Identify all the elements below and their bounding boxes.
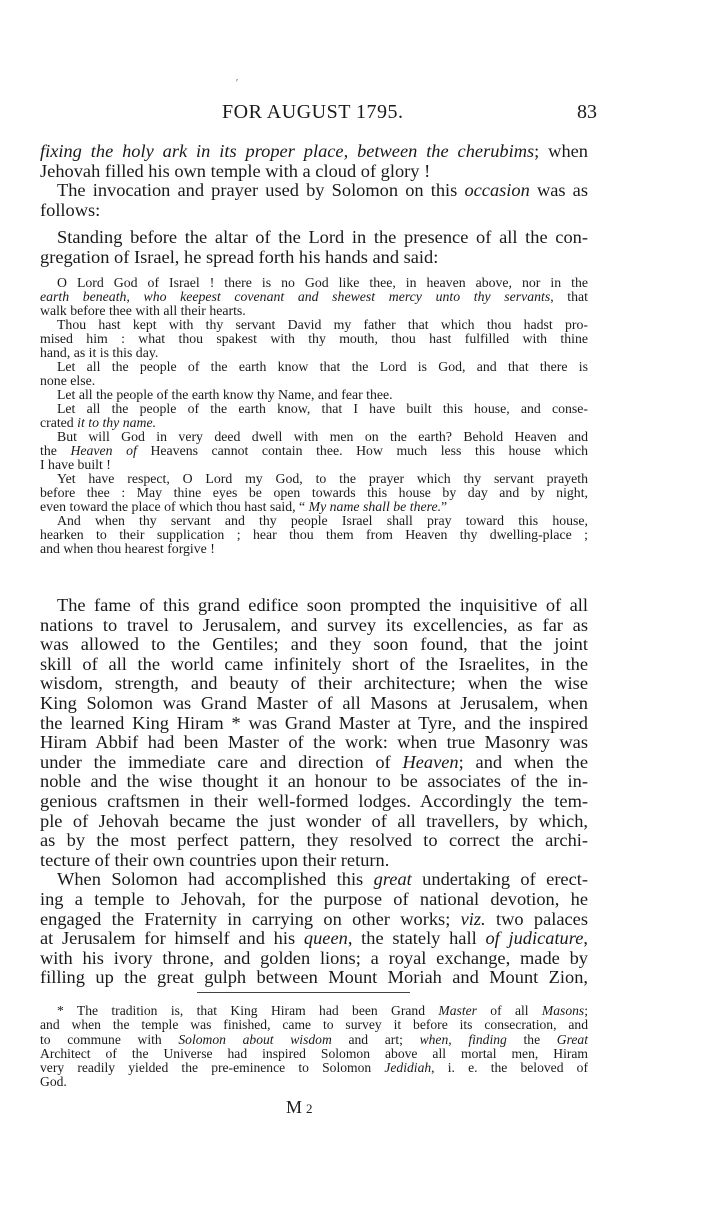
body-line: Standing before the altar of the Lord in… — [40, 228, 588, 248]
prayer-line: crated it to thy name. — [40, 416, 588, 430]
body-line: fixing the holy ark in its proper place,… — [40, 142, 588, 162]
signature-mark: M2 — [286, 1097, 313, 1118]
body-line: nations to travel to Jerusalem, and surv… — [40, 616, 588, 636]
prayer-block: O Lord God of Israel ! there is no God l… — [40, 276, 588, 556]
footnote: * The tradition is, that King Hiram had … — [40, 1004, 588, 1090]
prayer-line: none else. — [40, 374, 588, 388]
body-line: at Jerusalem for himself and his queen, … — [40, 929, 588, 949]
opening-paragraph: fixing the holy ark in its proper place,… — [40, 142, 588, 220]
prayer-line: and when thou hearest forgive ! — [40, 542, 588, 556]
body-line: The fame of this grand edifice soon prom… — [40, 596, 588, 616]
signature-number: 2 — [306, 1101, 313, 1116]
print-speck: ′ — [236, 78, 238, 89]
prayer-line: Let all the people of the earth know, th… — [40, 402, 588, 416]
prayer-line: Thou hast kept with thy servant David my… — [40, 318, 588, 332]
body-line: skill of all the world came infinitely s… — [40, 655, 588, 675]
standing-paragraph: Standing before the altar of the Lord in… — [40, 228, 588, 267]
footnote-line: and when the temple was finished, came t… — [40, 1018, 588, 1032]
prayer-line: hearken to their supplication ; hear tho… — [40, 528, 588, 542]
prayer-line: Let all the people of the earth know tha… — [40, 360, 588, 374]
body-line: gregation of Israel, he spread forth his… — [40, 248, 588, 268]
body-line: follows: — [40, 201, 588, 221]
footnote-line: very readily yielded the pre-eminence to… — [40, 1061, 588, 1075]
body-line: as by the most perfect pattern, they res… — [40, 831, 588, 851]
footnote-line: * The tradition is, that King Hiram had … — [40, 1004, 588, 1018]
prayer-line: O Lord God of Israel ! there is no God l… — [40, 276, 588, 290]
body-line: ple of Jehovah became the just wonder of… — [40, 812, 588, 832]
body-line: engaged the Fraternity in carrying on ot… — [40, 910, 588, 930]
prayer-line: the Heaven of Heavens cannot contain the… — [40, 444, 588, 458]
body-line: filling up the great gulph between Mount… — [40, 968, 588, 988]
body-line: King Solomon was Grand Master of all Mas… — [40, 694, 588, 714]
body-line: Jehovah filled his own temple with a clo… — [40, 162, 588, 182]
footnote-line: Architect of the Universe had inspired S… — [40, 1047, 588, 1061]
page-number: 83 — [577, 101, 597, 124]
book-page: ′ FOR AUGUST 1795. 83 fixing the holy ar… — [0, 0, 701, 1210]
continuation-paragraphs: The fame of this grand edifice soon prom… — [40, 596, 588, 988]
prayer-line: even toward the place of which thou hast… — [40, 500, 588, 514]
body-line: with his ivory throne, and golden lions;… — [40, 949, 588, 969]
body-line: under the immediate care and direction o… — [40, 753, 588, 773]
body-line: genious craftsmen in their well-formed l… — [40, 792, 588, 812]
body-line: When Solomon had accomplished this great… — [40, 870, 588, 890]
prayer-line: mised him : what thou spakest with thy m… — [40, 332, 588, 346]
body-line: was allowed to the Gentiles; and they so… — [40, 635, 588, 655]
prayer-line: earth beneath, who keepest covenant and … — [40, 290, 588, 304]
body-line: the learned King Hiram * was Grand Maste… — [40, 714, 588, 734]
prayer-line: And when thy servant and thy people Isra… — [40, 514, 588, 528]
footnote-line: God. — [40, 1075, 588, 1089]
prayer-line: walk before thee with all their hearts. — [40, 304, 588, 318]
running-title: FOR AUGUST 1795. — [222, 101, 404, 124]
body-line: tecture of their own countries upon thei… — [40, 851, 588, 871]
body-line: The invocation and prayer used by Solomo… — [40, 181, 588, 201]
body-line: noble and the wise thought it an honour … — [40, 772, 588, 792]
body-line: wisdom, strength, and beauty of their ar… — [40, 674, 588, 694]
prayer-line: before thee : May thine eyes be open tow… — [40, 486, 588, 500]
footnote-line: to commune with Solomon about wisdom and… — [40, 1033, 588, 1047]
prayer-line: But will God in very deed dwell with men… — [40, 430, 588, 444]
prayer-line: Let all the people of the earth know thy… — [40, 388, 588, 402]
prayer-line: hand, as it is this day. — [40, 346, 588, 360]
body-line: Hiram Abbif had been Master of the work:… — [40, 733, 588, 753]
signature-letter: M — [286, 1097, 302, 1117]
body-line: ing a temple to Jehovah, for the purpose… — [40, 890, 588, 910]
prayer-line: I have built ! — [40, 458, 588, 472]
footnote-rule — [197, 992, 410, 993]
prayer-line: Yet have respect, O Lord my God, to the … — [40, 472, 588, 486]
